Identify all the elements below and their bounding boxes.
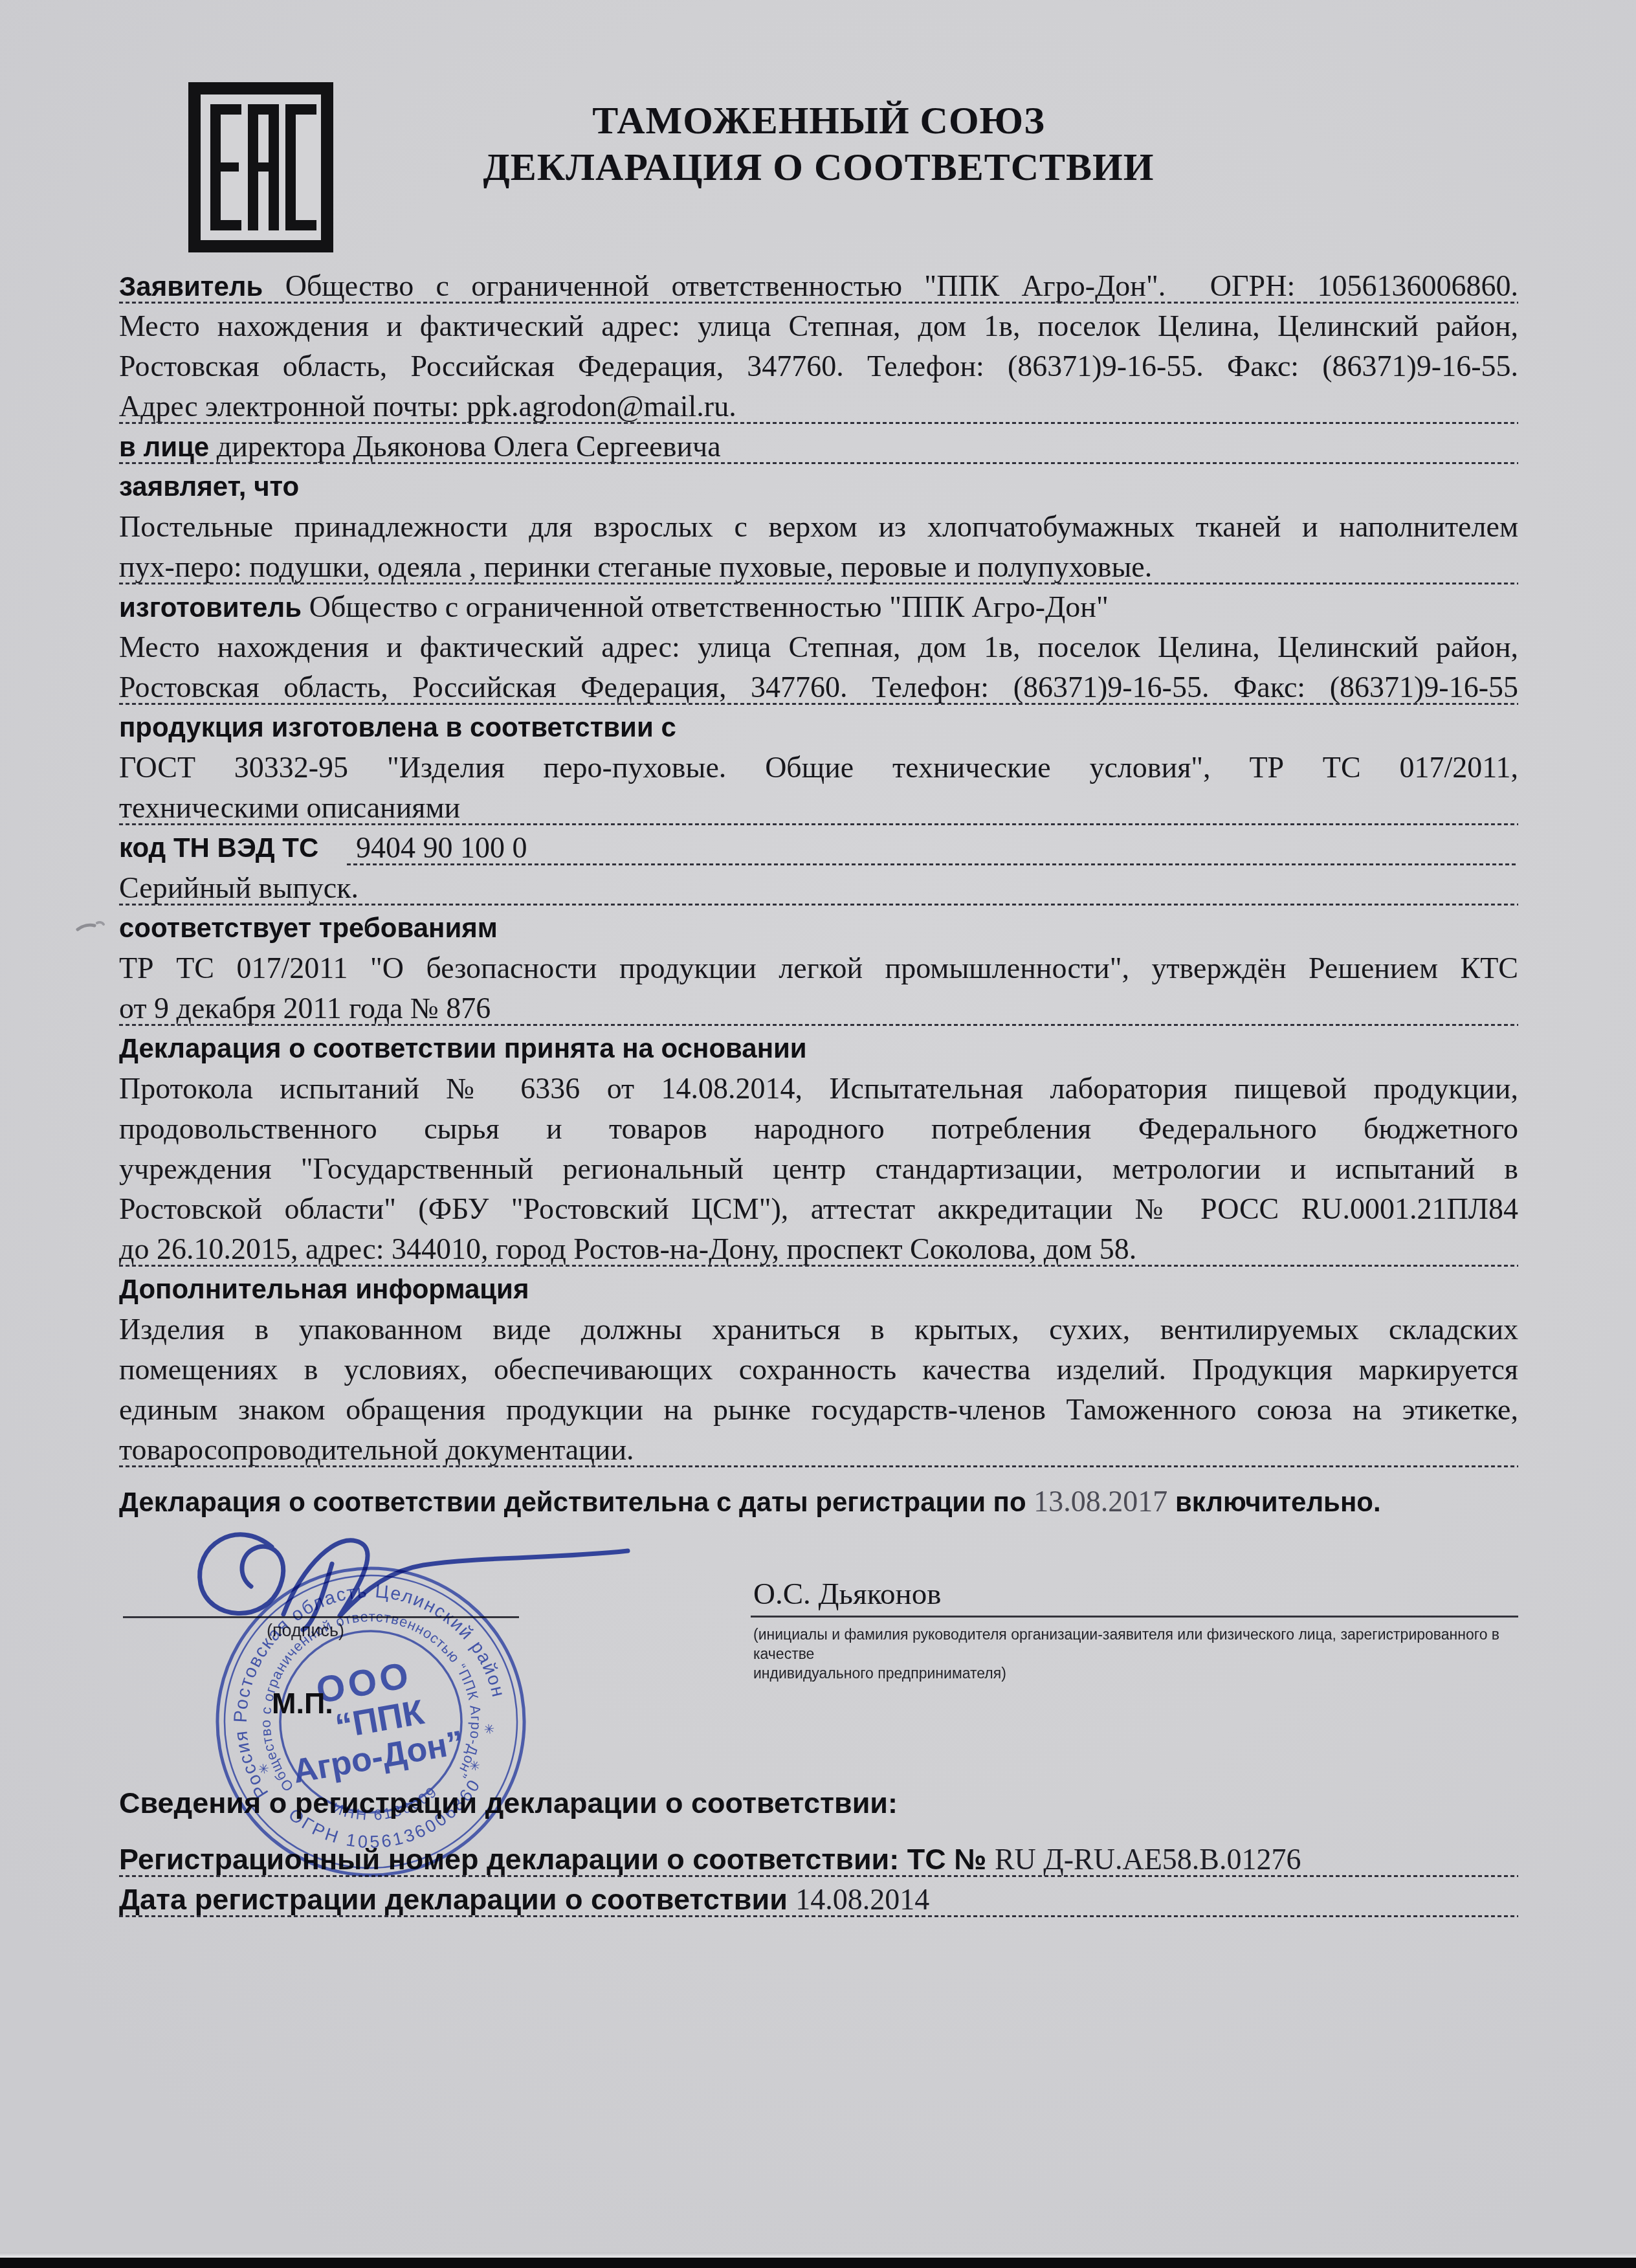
line-label: изготовитель [119,592,309,623]
head-name-note: (инициалы и фамилия руководителя организ… [753,1625,1549,1683]
line-text: техническими описаниями [119,791,460,824]
line-text: директора Дьяконова Олега Сергеевича [217,430,721,463]
doc-line-12: продукция изготовлена в соответствии с [119,708,1518,748]
line-text: до 26.10.2015, адрес: 344010, город Рост… [119,1232,1136,1265]
document-title: ТАМОЖЕННЫЙ СОЮЗ ДЕКЛАРАЦИЯ О СООТВЕТСТВИ… [119,97,1518,190]
doc-line-9: изготовитель Общество с ограниченной отв… [119,588,1518,628]
line-text: Серийный выпуск. [119,871,359,904]
handwritten-signature [175,1522,667,1632]
line-text: Общество с ограниченной ответственностью… [285,269,1518,302]
line-text: Ростовская область, Российская Федерация… [119,671,1518,704]
doc-line-4: Адрес электронной почты: ppk.agrodon@mai… [119,387,1518,427]
doc-line-17: соответствует требованиям [119,909,1518,949]
line-text: пух-перо: подушки, одеяла , перинки стег… [119,550,1152,583]
registration-number-value: RU Д-RU.АЕ58.В.01276 [995,1843,1301,1876]
line-text: Постельные принадлежности для взрослых с… [119,510,1518,543]
doc-line-14: техническими описаниями [119,788,1518,828]
scan-bottom-edge [0,2258,1636,2268]
doc-line-26: Дополнительная информация [119,1270,1518,1310]
line-text: Изделия в упакованном виде должны хранит… [119,1313,1518,1346]
line-text: Ростовская область, Российская Федерация… [119,350,1518,383]
line-label: Заявитель [119,271,285,302]
stamp-star-bottom: ✳ [469,1759,481,1775]
doc-line-31: Декларация о соответствии действительна … [119,1482,1518,1522]
line-text: Адрес электронной почты: ppk.agrodon@mai… [119,390,736,423]
line-value: 9404 90 100 0 [356,831,527,864]
doc-line-30: товаросопроводительной документации. [119,1430,1518,1471]
line-label: в лице [119,432,217,462]
line-text: от 9 декабря 2011 года № 876 [119,992,491,1025]
line-text: ТР ТС 017/2011 "О безопасности продукции… [119,951,1518,984]
line-label: заявляет, что [119,471,299,502]
doc-line-5: в лице директора Дьяконова Олега Сергеев… [119,427,1518,467]
doc-line-11: Ростовская область, Российская Федерация… [119,668,1518,708]
doc-line-22: продовольственного сырья и товаров народ… [119,1109,1518,1150]
doc-line-27: Изделия в упакованном виде должны хранит… [119,1310,1518,1350]
doc-line-2: Место нахождения и фактический адрес: ул… [119,307,1518,347]
head-name-note-line2: индивидуального предпринимателя) [753,1663,1549,1683]
doc-line-28: помещениях в условиях, обеспечивающих со… [119,1350,1518,1390]
mp-label: М.П. [272,1687,333,1720]
scanned-declaration-document: ТАМОЖЕННЫЙ СОЮЗ ДЕКЛАРАЦИЯ О СООТВЕТСТВИ… [0,0,1636,2268]
scan-smudge-artifact [75,917,106,936]
line-text: помещениях в условиях, обеспечивающих со… [119,1353,1518,1386]
title-line-2: ДЕКЛАРАЦИЯ О СООТВЕТСТВИИ [119,144,1518,190]
title-line-1: ТАМОЖЕННЫЙ СОЮЗ [119,97,1518,144]
doc-line-20: Декларация о соответствии принята на осн… [119,1029,1518,1069]
head-name: О.С. Дьяконов [753,1577,941,1612]
doc-line-8: пух-перо: подушки, одеяла , перинки стег… [119,548,1518,588]
line-text: продовольственного сырья и товаров народ… [119,1112,1518,1145]
line-label: Декларация о соответствии действительна … [119,1487,1034,1517]
line-text: единым знаком обращения продукции на рын… [119,1393,1518,1426]
doc-line-29: единым знаком обращения продукции на рын… [119,1390,1518,1430]
doc-line-25: до 26.10.2015, адрес: 344010, город Рост… [119,1230,1518,1270]
doc-line-6: заявляет, что [119,467,1518,507]
head-name-line [751,1616,1518,1618]
line-label: продукция изготовлена в соответствии с [119,712,676,742]
line-text: учреждения "Государственный региональный… [119,1152,1518,1185]
doc-line-13: ГОСТ 30332-95 "Изделия перо-пуховые. Общ… [119,748,1518,788]
line-label: включительно. [1167,1487,1380,1517]
stamp-star-right: ✳ [483,1722,496,1738]
line-label: соответствует требованиям [119,913,498,943]
line-text: ГОСТ 30332-95 "Изделия перо-пуховые. Общ… [119,751,1518,784]
doc-line-15: код ТН ВЭД ТС9404 90 100 0 [119,828,1518,869]
head-name-note-line1: (инициалы и фамилия руководителя организ… [753,1625,1549,1663]
doc-line-24: Ростовской области" (ФБУ "Ростовский ЦСМ… [119,1190,1518,1230]
doc-line-16: Серийный выпуск. [119,869,1518,909]
doc-line-19: от 9 декабря 2011 года № 876 [119,989,1518,1029]
scan-bottom-fade [0,2252,1636,2258]
doc-line-23: учреждения "Государственный региональный… [119,1150,1518,1190]
doc-line-7: Постельные принадлежности для взрослых с… [119,507,1518,548]
line-text: Место нахождения и фактический адрес: ул… [119,309,1518,342]
registration-date-label: Дата регистрации декларации о соответств… [119,1883,795,1916]
registration-date-line: Дата регистрации декларации о соответств… [119,1880,1518,1920]
line-text: товаросопроводительной документации. [119,1433,634,1466]
doc-line-10: Место нахождения и фактический адрес: ул… [119,628,1518,668]
line-text: Общество с ограниченной ответственностью… [309,590,1109,623]
line-text: Протокола испытаний № 6336 от 14.08.2014… [119,1072,1518,1105]
doc-line-18: ТР ТС 017/2011 "О безопасности продукции… [119,949,1518,989]
document-body: Заявитель Общество с ограниченной ответс… [119,267,1518,1522]
line-text: 13.08.2017 [1034,1485,1167,1518]
doc-line-1: Заявитель Общество с ограниченной ответс… [119,267,1518,307]
line-text: Место нахождения и фактический адрес: ул… [119,630,1518,663]
doc-line-21: Протокола испытаний № 6336 от 14.08.2014… [119,1069,1518,1109]
line-label: Дополнительная информация [119,1274,529,1304]
line-label: Декларация о соответствии принята на осн… [119,1033,807,1063]
line-text: Ростовской области" (ФБУ "Ростовский ЦСМ… [119,1192,1518,1225]
doc-line-3: Ростовская область, Российская Федерация… [119,347,1518,387]
line-label: код ТН ВЭД ТС [119,828,347,869]
registration-date-value: 14.08.2014 [795,1883,929,1916]
